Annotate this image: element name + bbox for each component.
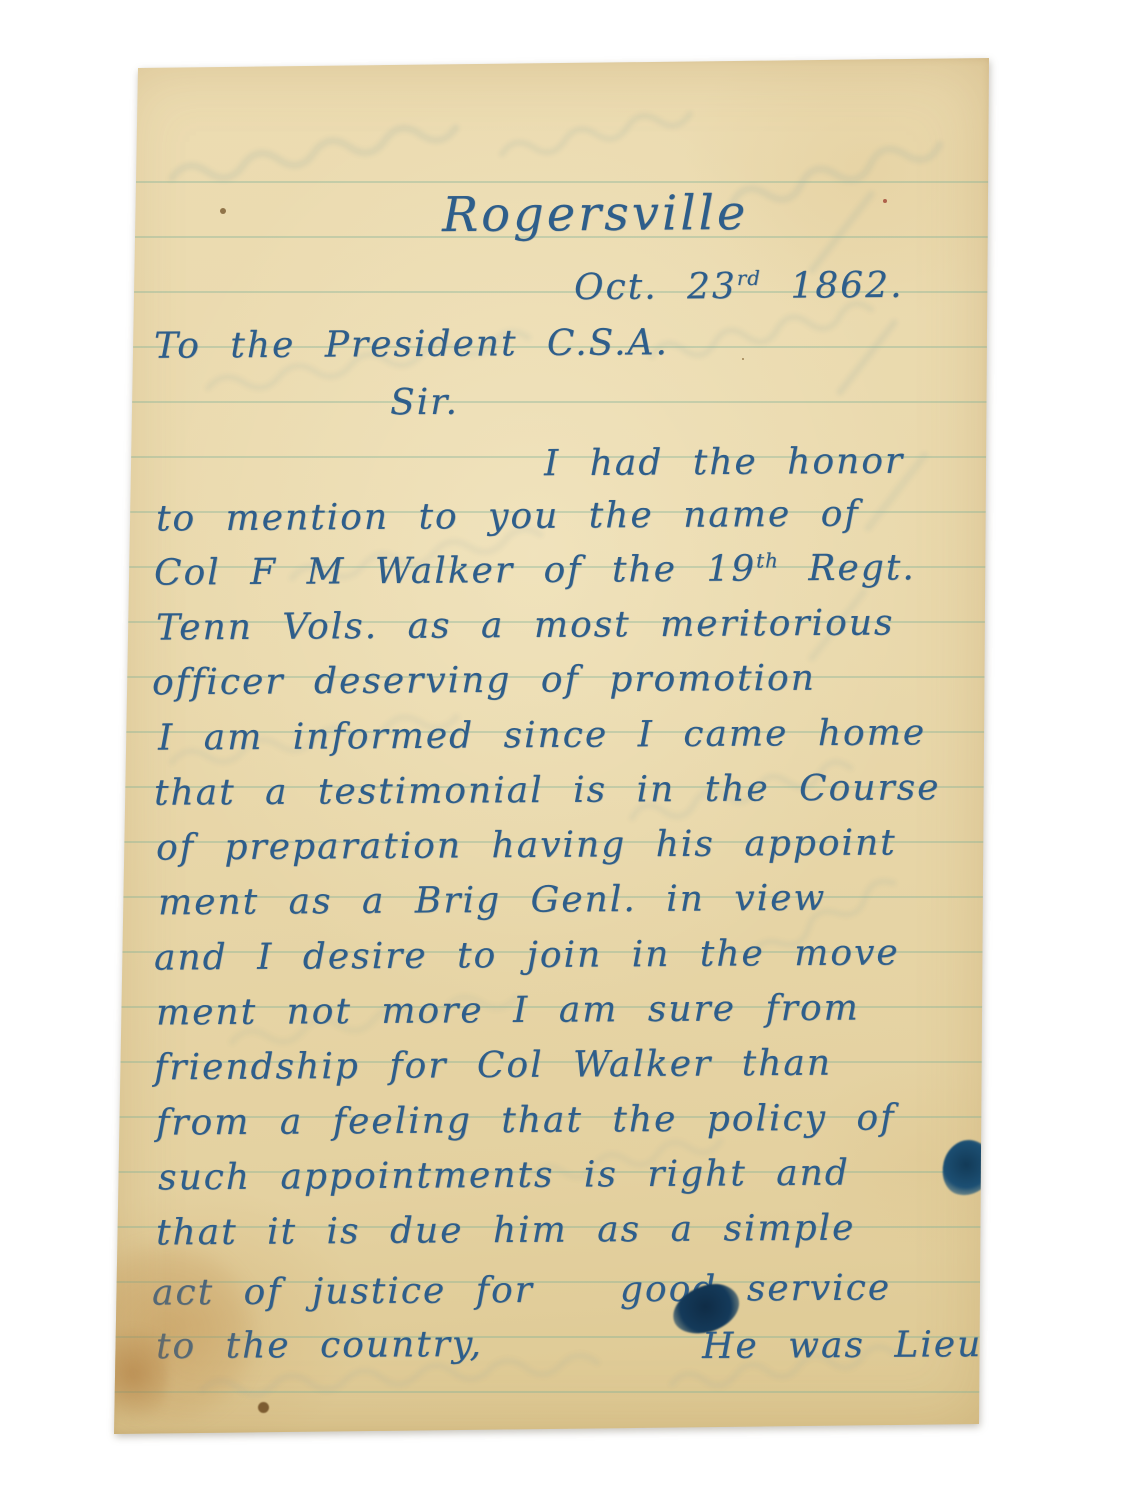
walker-line-superscript: th <box>756 549 779 572</box>
justice-line-after-blot: good service <box>620 1267 891 1310</box>
body-line-opening: I had the honor <box>544 441 904 485</box>
body-line: such appointments is right and <box>158 1153 850 1199</box>
body-line: and I desire to join in the move <box>154 932 900 978</box>
letter-page: Rogersville Oct. 23rd 1862. To the Presi… <box>112 58 990 1434</box>
paper-shadow-wrap: Rogersville Oct. 23rd 1862. To the Presi… <box>0 0 1133 1500</box>
body-line-closing-left: to the country, <box>156 1324 483 1367</box>
body-line: of preparation having his appoint <box>156 822 897 868</box>
body-line: Tenn Vols. as a most meritorious <box>156 602 895 648</box>
body-line: ment as a Brig Genl. in view <box>158 878 827 924</box>
letter-date: Oct. 23rd 1862. <box>574 265 904 308</box>
body-line: friendship for Col Walker than <box>154 1043 832 1089</box>
date-year: 1862. <box>761 265 904 307</box>
body-line: that it is due him as a simple <box>156 1208 856 1254</box>
body-line-justice: act of justice forgood service <box>152 1267 891 1313</box>
justice-line-before-blot: act of justice for <box>152 1270 534 1314</box>
letter-address: To the President C.S.A. <box>154 322 669 367</box>
body-line: from a feeling that the policy of <box>156 1097 896 1143</box>
body-line-closing-right: He was Lieut <box>702 1324 999 1367</box>
date-day: Oct. 23 <box>574 266 737 308</box>
letter-salutation: Sir. <box>390 382 459 423</box>
body-line: that a testimonial is in the Course <box>154 767 941 813</box>
body-line: ment not more I am sure from <box>156 988 860 1034</box>
date-ordinal-suffix: rd <box>737 267 761 290</box>
walker-line-text: Col F M Walker of the 19 <box>154 548 756 593</box>
body-line: I am informed since I came home <box>158 712 926 758</box>
paper-specks <box>220 208 226 214</box>
walker-line-regiment: Regt. <box>779 547 916 589</box>
letter-place: Rogersville <box>442 185 749 243</box>
body-line-mention: to mention to you the name of <box>156 494 860 540</box>
body-line: officer deserving of promotion <box>152 658 816 704</box>
body-line-walker: Col F M Walker of the 19th Regt. <box>154 547 916 593</box>
scan-background: Rogersville Oct. 23rd 1862. To the Presi… <box>0 0 1133 1500</box>
